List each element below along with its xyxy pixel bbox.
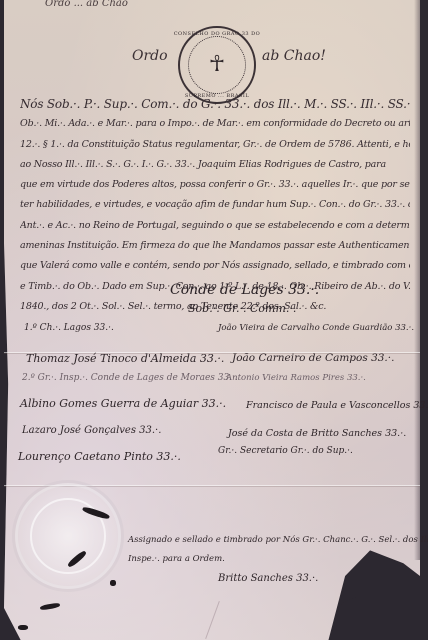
body-line: 12.·. § 1.·. da Constituição Status regu… <box>20 135 410 155</box>
body-line: ter habilidades, e virtudes, e vocação a… <box>20 195 410 215</box>
closing-signature-name: Conde de Lages 33.·. <box>170 282 319 298</box>
signature-right: Gr.·. Secretario Gr.·. do Sup.·. <box>218 446 353 456</box>
top-cutoff-line: Ordo ... ab Chao <box>45 0 325 6</box>
footer-note-line: Assignado e sellado e timbrado por Nós G… <box>128 535 428 545</box>
body-line: ameninas Instituição. Em firmeza do que … <box>20 236 410 256</box>
paper-edge-shadow <box>414 0 420 560</box>
footer-signature: Britto Sanches 33.·. <box>218 573 318 584</box>
body-line: Ant.·. e Ac.·. no Reino de Portugal, seg… <box>20 216 410 236</box>
heading-ab-chao: ab Chao! <box>262 48 326 64</box>
torn-corner <box>338 596 428 640</box>
signature-left: Thomaz José Tinoco d'Almeida 33.·. <box>26 352 224 365</box>
signature-right: Francisco de Paula e Vasconcellos 33.·. <box>246 400 428 411</box>
signature-right: João Carneiro de Campos 33.·. <box>232 352 394 364</box>
seal-inner-ring: ☥ <box>188 36 246 94</box>
ink-stain <box>110 580 116 586</box>
ink-seal: CONSELHO DO GRAO 33 DO ☥ SUPREMO ... BRA… <box>178 26 256 104</box>
signature-left: 1.º Ch.·. Lagos 33.·. <box>24 323 114 333</box>
embossed-seal-icon <box>18 486 118 586</box>
body-line: Nós Sob.·. P.·. Sup.·. Com.·. do G.·. 33… <box>20 94 410 114</box>
signature-right: Antonio Vieira Ramos Pires 33.·. <box>226 373 366 383</box>
closing-signature-title: Sob.·. Gr.·. Comm.·. <box>188 302 296 315</box>
seal-text-top: CONSELHO DO GRAO 33 DO <box>174 31 261 37</box>
body-line: que Valerá como valle e contém, sendo po… <box>20 256 410 276</box>
body-line: Ob.·. Mi.·. Ada.·. e Mar.·. para o Impo.… <box>20 114 410 134</box>
signature-right: José da Costa de Britto Sanches 33.·. <box>228 428 406 439</box>
signature-left: Lourenço Caetano Pinto 33.·. <box>18 450 181 463</box>
footer-note-line: Inspe.·. para a Ordem. <box>128 554 225 564</box>
double-headed-eagle-icon: ☥ <box>209 54 225 76</box>
signature-left: Albino Gomes Guerra de Aguiar 33.·. <box>20 397 226 410</box>
signature-right: João Vieira de Carvalho Conde Guardião 3… <box>218 323 414 333</box>
body-line: que em virtude dos Poderes altos, possa … <box>20 175 410 195</box>
signature-left: 2.º Gr.·. Insp.·. Conde de Lages de Mora… <box>22 373 238 383</box>
signature-left: Lazaro José Gonçalves 33.·. <box>22 425 161 436</box>
heading-ordo: Ordo <box>132 48 168 64</box>
document-scan: Ordo ... ab Chao Ordo CONSELHO DO GRAO 3… <box>0 0 428 640</box>
ink-stain <box>18 625 28 630</box>
body-line: ao Nosso Ill.·. Ill.·. S.·. G.·. I.·. G.… <box>20 155 410 175</box>
